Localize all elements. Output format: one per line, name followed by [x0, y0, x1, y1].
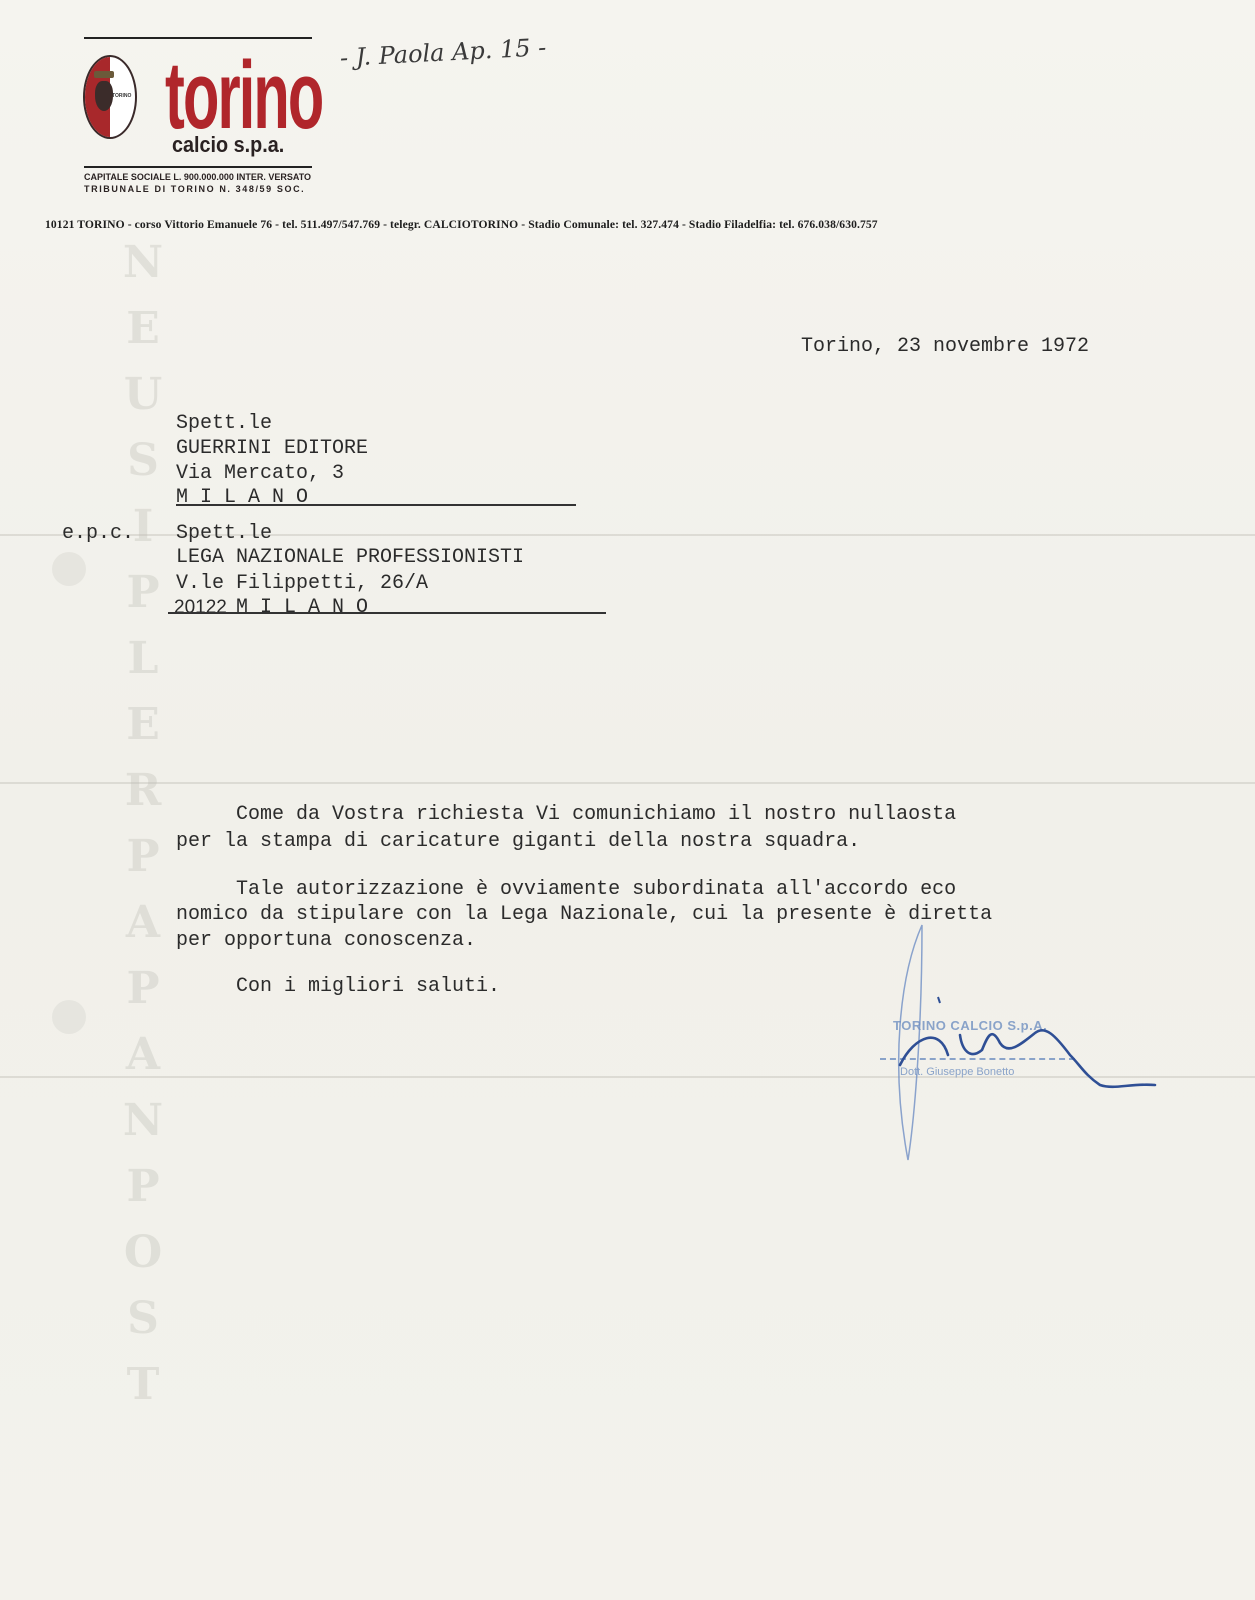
fold-crease: [0, 782, 1255, 784]
cc-salutation: Spett.le: [176, 521, 272, 547]
punch-hole: [52, 552, 86, 586]
cc-postcode: 20122: [174, 595, 227, 621]
cc-street: V.le Filippetti, 26/A: [176, 571, 428, 597]
cc-city: M I L A N O: [236, 595, 368, 621]
body-paragraph-1-line-1: Come da Vostra richiesta Vi comunichiamo…: [176, 802, 956, 828]
cc-label: e.p.c.: [62, 521, 134, 547]
body-paragraph-2-line-1: Tale autorizzazione è ovviamente subordi…: [176, 877, 956, 903]
punch-hole: [52, 1000, 86, 1034]
recipient-underline: [176, 504, 576, 506]
cc-underline: [168, 612, 606, 614]
tribunal-line: TRIBUNALE DI TORINO N. 348/59 SOC.: [84, 185, 305, 194]
club-crest-icon: TORINO: [83, 55, 137, 139]
letterhead-top-rule: [84, 37, 312, 39]
brand-subtitle: calcio s.p.a.: [172, 134, 284, 156]
letter-paper: [0, 0, 1255, 1600]
body-paragraph-1-line-2: per la stampa di caricature giganti dell…: [176, 829, 860, 855]
cc-name: LEGA NAZIONALE PROFESSIONISTI: [176, 545, 524, 571]
recipient-name: GUERRINI EDITORE: [176, 436, 368, 462]
letterhead-address: 10121 TORINO - corso Vittorio Emanuele 7…: [45, 219, 878, 231]
watermark: NEUSIPLERPAPANPOST: [118, 230, 168, 1418]
closing-line: Con i migliori saluti.: [176, 974, 500, 1000]
body-paragraph-2-line-3: per opportuna conoscenza.: [176, 928, 476, 954]
brand-wordmark: torino: [165, 48, 322, 144]
recipient-city: M I L A N O: [176, 485, 308, 511]
recipient-salutation: Spett.le: [176, 411, 272, 437]
letterhead-mid-rule: [84, 166, 312, 168]
capital-line: CAPITALE SOCIALE L. 900.000.000 INTER. V…: [84, 173, 311, 182]
handwritten-signature: [870, 915, 1170, 1175]
recipient-street: Via Mercato, 3: [176, 461, 344, 487]
letter-date: Torino, 23 novembre 1972: [801, 334, 1089, 360]
